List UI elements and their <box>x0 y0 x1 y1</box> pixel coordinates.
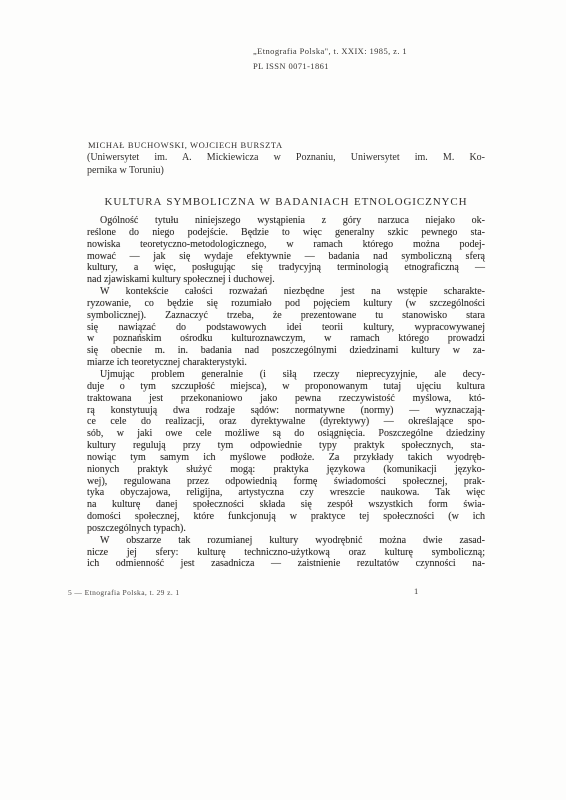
body-line: ce cele do realizacji, oraz dyrektywalne… <box>87 416 485 428</box>
body-line: symbolicznej). Zaznaczyć trzeba, że prez… <box>87 310 485 322</box>
body-line: na kulturę danej społeczności składa się… <box>87 499 485 511</box>
body-line: nowiąc tym samym ich myślowe podłoże. Za… <box>87 452 485 464</box>
body-line: Ogólność tytułu niniejszego wystąpienia … <box>87 215 485 227</box>
body-line: mować — jak się wydaje efektywnie — bada… <box>87 251 485 263</box>
body-line: nionych praktyk służyć mogą: praktyka ję… <box>87 464 485 476</box>
body-line: ich odmienność jest zasadnicza — zaistni… <box>87 558 485 570</box>
authors-line: MICHAŁ BUCHOWSKI, WOJCIECH BURSZTA <box>88 140 283 150</box>
affiliation: (Uniwersytet im. A. Mickiewicza w Poznan… <box>87 152 485 177</box>
journal-header-citation: „Etnografia Polska", t. XXIX: 1985, z. 1 <box>253 44 407 59</box>
body-line: poszczególnych typach). <box>87 523 485 535</box>
journal-header: „Etnografia Polska", t. XXIX: 1985, z. 1… <box>253 44 407 74</box>
body-line: kultury, a więc, posługując się tradycyj… <box>87 262 485 274</box>
body-line: W obszarze tak rozumianej kultury wyodrę… <box>87 535 485 547</box>
body-line: Ujmując problem generalnie (i siłą rzecz… <box>87 369 485 381</box>
body-line: traktowana jest przekonaniowo jako pewna… <box>87 393 485 405</box>
journal-header-issn: PL ISSN 0071-1861 <box>253 59 407 74</box>
body-line: W kontekście całości rozważań niezbędne … <box>87 286 485 298</box>
body-line: rą konstytuują dwa rodzaje sądów: normat… <box>87 405 485 417</box>
body-line: miarze ich teoretycznej charakterystyki. <box>87 357 485 369</box>
body-line: nowiska teoretyczno-metodologicznego, w … <box>87 239 485 251</box>
body-line: duje o tym szczupłość miejsca), w propon… <box>87 381 485 393</box>
body-line: reślone do niego podejście. Będzie to wi… <box>87 227 485 239</box>
body-line: nicze jej sfery: kulturę techniczno-użyt… <box>87 547 485 559</box>
body-line: się obecnie m. in. badania nad poszczegó… <box>87 345 485 357</box>
body-line: nad zjawiskami kultury społecznej i duch… <box>87 274 485 286</box>
scanned-document-page: „Etnografia Polska", t. XXIX: 1985, z. 1… <box>0 0 566 800</box>
article-title: KULTURA SYMBOLICZNA W BADANIACH ETNOLOGI… <box>87 196 485 208</box>
body-text: Ogólność tytułu niniejszego wystąpienia … <box>87 215 485 570</box>
body-line: w poznańskim ośrodku kulturoznawczym, w … <box>87 333 485 345</box>
affiliation-line2: pernika w Toruniu) <box>87 165 485 178</box>
body-line: ryzowanie, co będzie się rozumiało pod p… <box>87 298 485 310</box>
body-line: tyka obyczajowa, religijna, artystyczna … <box>87 487 485 499</box>
page-number: 1 <box>414 586 418 596</box>
body-line: kultury regulują przy tym odpowiednie ty… <box>87 440 485 452</box>
footer-signature: 5 — Etnografia Polska, t. 29 z. 1 <box>68 588 180 597</box>
body-line: domości społecznej, które funkcjonują w … <box>87 511 485 523</box>
affiliation-line1: (Uniwersytet im. A. Mickiewicza w Poznan… <box>87 152 485 165</box>
body-line: wej), regulowana przez odpowiednią formę… <box>87 476 485 488</box>
body-line: się nawiązać do podstawowych idei teorii… <box>87 322 485 334</box>
body-line: sób, w jaki owe cele możliwe są do osiąg… <box>87 428 485 440</box>
